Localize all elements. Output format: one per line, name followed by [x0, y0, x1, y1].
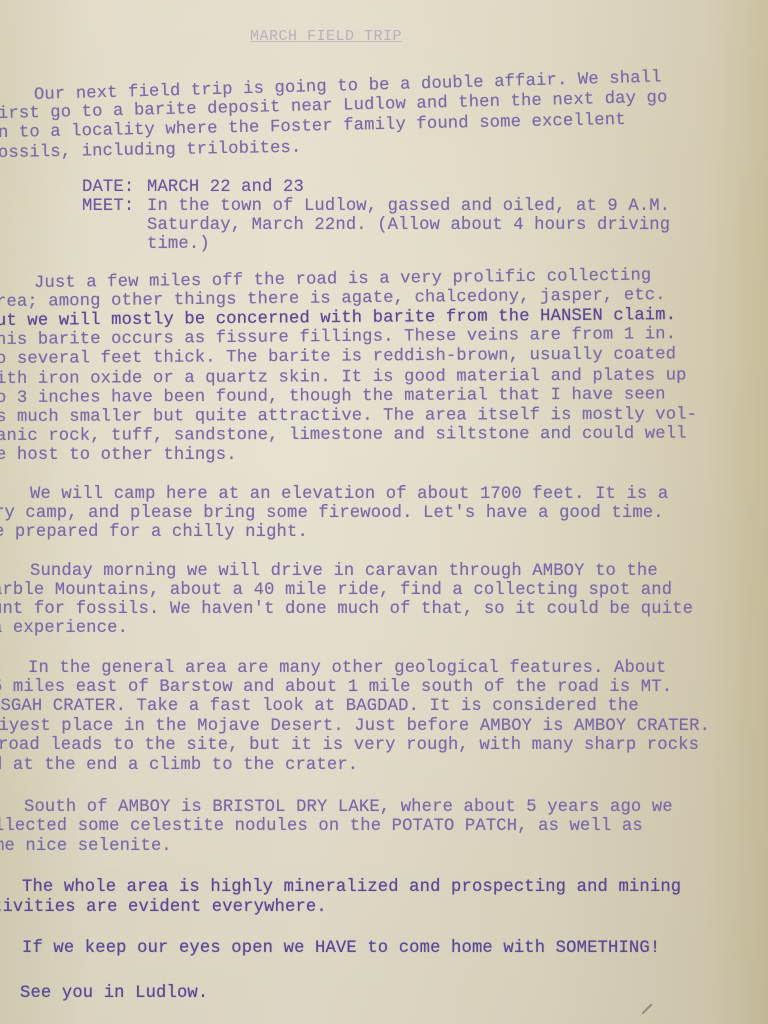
paragraph-line: unt for fossils. We haven't done much of…: [0, 600, 693, 619]
paragraph-line: riyest place in the Mojave Desert. Just …: [0, 717, 710, 736]
paragraph-line: e host to other things.: [0, 446, 237, 465]
paragraph-line: arble Mountains, about a 40 mile ride, f…: [0, 581, 672, 600]
meet-line: time.): [147, 235, 210, 254]
paragraph-line: me nice selenite.: [0, 837, 172, 856]
paragraph-line: South of AMBOY is BRISTOL DRY LAKE, wher…: [24, 798, 673, 817]
paragraph-line: In the general area are many other geolo…: [28, 659, 666, 678]
paragraph-line: 5 miles east of Barstow and about 1 mile…: [0, 678, 672, 697]
paragraph-line: tivities are evident everywhere.: [0, 898, 327, 917]
date-value: MARCH 22 and 23: [147, 178, 304, 197]
paragraph-line: ISGAH CRATER. Take a fast look at BAGDAD…: [0, 697, 639, 716]
meet-line: Saturday, March 22nd. (Allow about 4 hou…: [147, 216, 670, 235]
sign-off: See you in Ludlow.: [20, 984, 208, 1003]
paragraph-line: road leads to the site, but it is very r…: [0, 736, 699, 755]
document-title: MARCH FIELD TRIP: [250, 28, 402, 45]
paragraph-line: s much smaller but quite attractive. The…: [0, 406, 697, 427]
paragraph-line: ry camp, and please bring some firewood.…: [0, 504, 664, 523]
paragraph-line: Sunday morning we will drive in caravan …: [30, 562, 658, 581]
paragraph-line: llected some celestite nodules on the PO…: [0, 817, 643, 836]
paragraph-line: The whole area is highly mineralized and…: [22, 878, 681, 897]
meet-line: In the town of Ludlow, gassed and oiled,…: [147, 197, 670, 216]
paragraph-line: We will camp here at an elevation of abo…: [30, 485, 668, 504]
paragraph-line: o 3 inches have been found, though the m…: [0, 385, 666, 408]
paragraph-line: e prepared for a chilly night.: [0, 523, 308, 542]
paragraph-line: a experience.: [0, 619, 128, 638]
closing-line: If we keep our eyes open we HAVE to come…: [22, 939, 660, 958]
meet-label: MEET:: [82, 197, 134, 216]
paragraph-line: anic rock, tuff, sandstone, limestone an…: [0, 425, 687, 446]
paragraph-line: d at the end a climb to the crater.: [0, 756, 358, 775]
date-label: DATE:: [82, 178, 134, 197]
